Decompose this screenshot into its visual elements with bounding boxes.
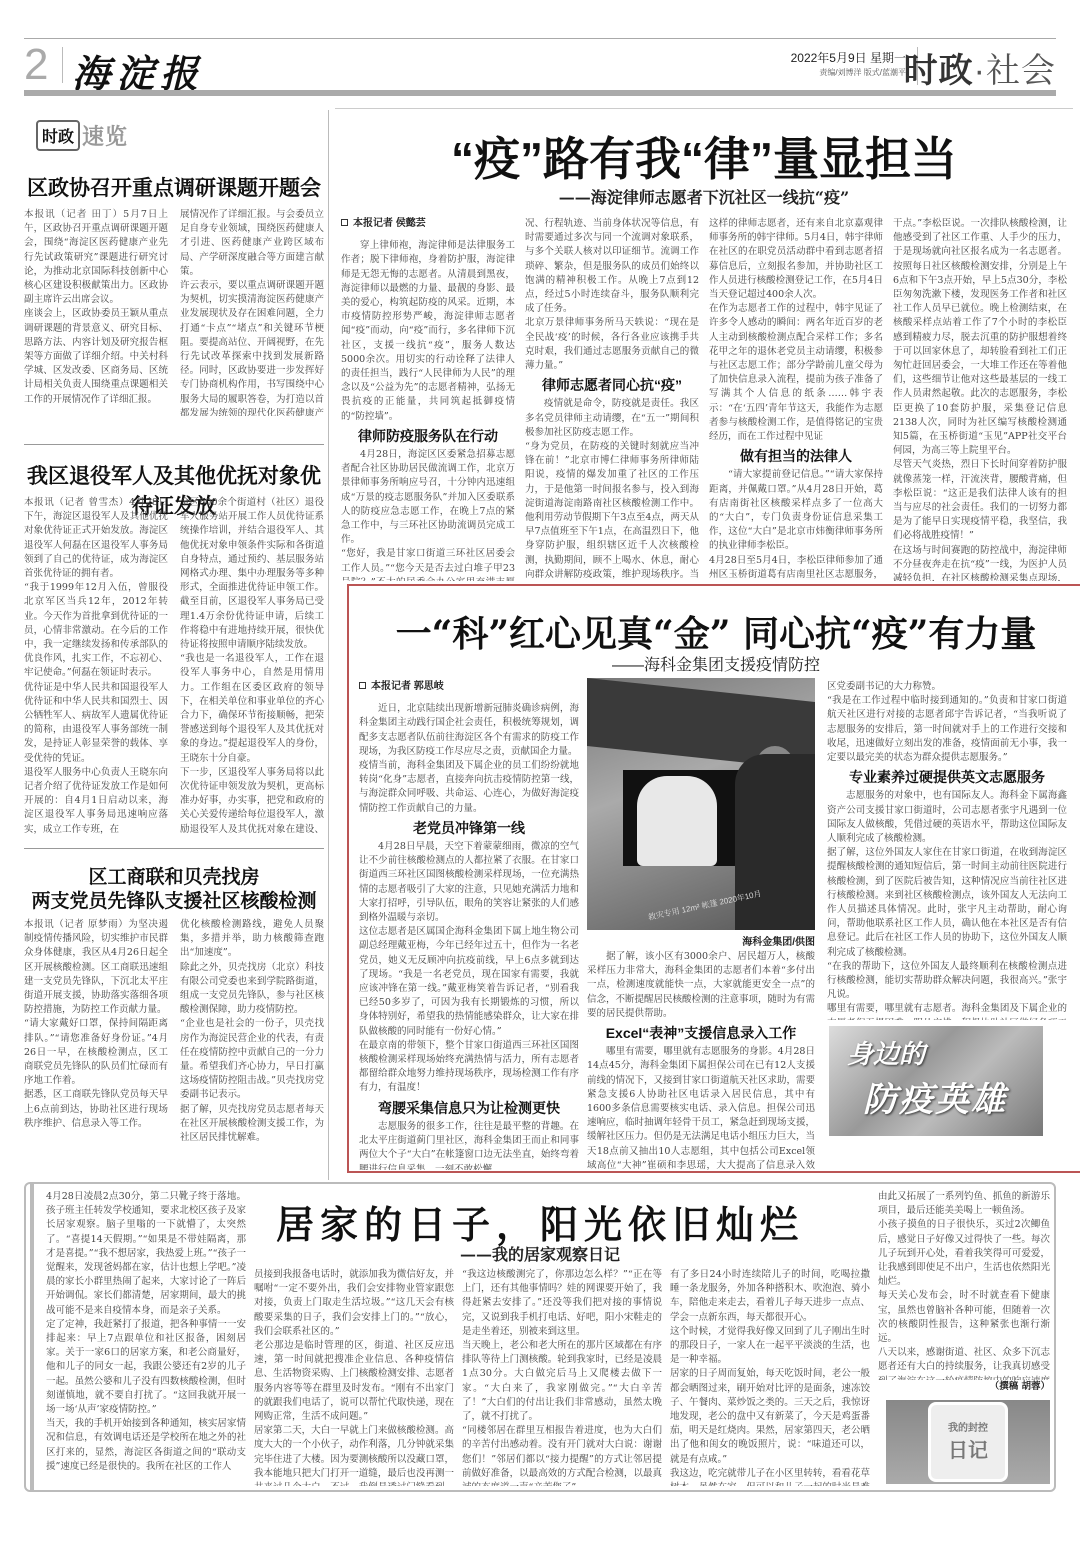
diary-author: （撰稿 胡蓉） [878, 1380, 1050, 1394]
column-label-word: 速览 [82, 120, 128, 151]
article-title-commerce-line2: 两支党员先锋队支援社区核酸检测 [24, 886, 324, 913]
section-dot: · [974, 52, 986, 90]
article-col1: 本报记者 侯懿芸 穿上律师袍，海淀律师是法律服务工作者；脱下律师袍，身着防护服，… [341, 217, 515, 581]
photo-credit: 海科金集团/供图 [587, 933, 815, 948]
paragraph: 区党委副书记的大力称赞。 “我是在工作过程中临时接到通知的。”负责和甘家口街道航… [827, 680, 1067, 765]
diary-article: 居家的日子，阳光依旧灿烂 ——我的居家观察日记 4月28日凌晨2点30分，第二只… [24, 1182, 1056, 1492]
anti-epidemic-heroes-banner: 身边的 防疫英雄 [829, 1026, 1043, 1136]
column-label-box: 时政 [36, 120, 80, 151]
article-title-cppcc: 区政协召开重点调研课题开题会 [24, 172, 324, 202]
haikejin-col2: 据了解，该小区有3000余户、居民超万人，核酸采样压力非常大，海科金集团的志愿者… [587, 950, 815, 1172]
haikejin-article-title: 一“科”红心见真“金” 同心抗“疫”有力量 [349, 606, 1080, 657]
subhead: 律师防疫服务队在行动 [341, 429, 515, 443]
editors-credit: 责编/刘博洋 版式/蓝潮平 [819, 67, 906, 78]
divider [24, 848, 324, 849]
paragraph: 据了解，该小区有3000余户、居民超万人，核酸采样压力非常大，海科金集团的志愿者… [587, 950, 815, 1021]
paragraph: 哪里有需要，哪里就有志愿服务的身影。4月28日14点45分，海科金集团下属担保公… [587, 1045, 815, 1172]
article-text-col1: 本报讯（记者 原梦雨）为坚决遏制疫情传播风险，切实维护市民群众身体健康，我区从4… [24, 918, 168, 1176]
paragraph: 疫情就是命令，防疫就是责任。我区多名党员律师主动请缨，在“五一”期间积极参加社区… [525, 397, 699, 581]
left-news-column: 时政 速览 区政协召开重点调研课题开题会 本报讯（记者 田丁）5月7日上午，区政… [24, 110, 324, 1178]
byline: 本报记者 侯懿芸 [341, 217, 515, 231]
article-title-commerce-line1: 区工商联和贝壳找房 [24, 862, 324, 889]
masthead: 2 海淀报 2022年5月9日 星期一 责编/刘博洋 版式/蓝潮平 时政·社会 [24, 38, 1056, 90]
article-body-cppcc: 本报讯（记者 田丁）5月7日上午，区政协召开重点调研课题开题会，围绕“海淀区医药… [24, 208, 324, 416]
diary-col3: “我这边核酸测完了，你那边怎么样？”“正在等上门，还有其他事情吗？娃的网课要开始… [462, 1268, 662, 1486]
subhead: 律师志愿者同心抗“疫” [525, 378, 699, 392]
paragraph: 干点。”李松臣说。一次排队核酸检测，让他感受到了社区工作重、人手少的压力，于是现… [893, 217, 1067, 581]
byline-text: 本报记者 郭思岐 [371, 681, 444, 692]
article-text-col2: 展情况作了详细汇报。与会委员立足自身专业领域，围绕医药健康人才引进、医药健康产业… [180, 208, 324, 416]
haikejin-col3: 区党委副书记的大力称赞。 “我是在工作过程中临时接到通知的。”负责和甘家口街道航… [827, 680, 1067, 1020]
paragraph: 穿上律师袍，海淀律师是法律服务工作者；脱下律师袍，身着防护服，海淀律师是无怨无悔… [341, 239, 515, 424]
diary-card-line1: 我的封控 [931, 1419, 1005, 1434]
haikejin-article: 一“科”红心见真“金” 同心抗“疫”有力量 ——海科金集团支援疫情防控 本报记者… [347, 584, 1080, 1173]
column-label: 时政 速览 [36, 120, 128, 151]
diary-card: 我的封控 日记 [928, 1402, 1008, 1482]
section-name: 时政·社会 [904, 43, 1056, 92]
subhead: 做有担当的法律人 [709, 449, 883, 463]
diary-col2: 员接到我报备电话时，就添加我为微信好友，并嘱咐“一定不要外出，我们会安排物业管家… [254, 1268, 454, 1486]
lawyers-article: “疫”路有我“律”量显担当 ——海淀律师志愿者下沉社区一线抗“疫” 本报记者 侯… [335, 108, 1073, 580]
article-body-veterans: 本报讯（记者 曾雪杰）4月28日下午，海淀区退役军人及其他优抚对象优待证正式开始… [24, 496, 324, 836]
resident-figure [735, 754, 815, 930]
divider [24, 444, 324, 445]
paragraph: 况、行程轨迹、当前身体状况等信息，有时需要通过多次与同一个流调对象联系，与多个关… [525, 217, 699, 373]
banner-line2: 防疫英雄 [863, 1072, 1007, 1121]
section-secondary: 社会 [986, 52, 1056, 90]
medical-worker-figure [637, 776, 717, 866]
subhead: 专业素养过硬提供英文志愿服务 [827, 770, 1067, 784]
column-rule [328, 110, 329, 1180]
paragraph: 近日，北京陆续出现新增新冠肺炎确诊病例，海科金集团主动践行国企社会责任，积极统筹… [359, 702, 579, 816]
diary-col1: 4月28日凌晨2点30分，第二只靴子终于落地。孩子班主任转发学校通知，要求北校区… [46, 1190, 246, 1486]
byline-square-icon [359, 682, 366, 689]
subhead: Excel“表神”支援信息录入工作 [587, 1026, 815, 1040]
section-primary: 时政 [904, 52, 974, 90]
subhead: 弯腰采集信息只为让检测更快 [359, 1101, 579, 1115]
article-text-col1: 本报讯（记者 田丁）5月7日上午，区政协召开重点调研课题开题会，围绕“海淀区医药… [24, 208, 168, 416]
paragraph: “请大家提前登记信息。”“请大家保持距离，并佩戴口罩。”从4月28日开始，葛有店… [709, 468, 883, 581]
byline: 本报记者 郭思岐 [359, 680, 579, 694]
lawyers-article-title: “疫”路有我“律”量显担当 [335, 123, 1073, 189]
haikejin-article-subtitle: ——海科金集团支援疫情防控 [349, 652, 1080, 675]
page-separator [62, 47, 63, 83]
paragraph: 这样的律师志愿者，还有来自北京嘉观律师事务所的韩宇律师。5月4日，韩宇律师在社区… [709, 217, 883, 444]
article-text-col2: 全区600余个街道村（社区）退役军人服务站开展工作人员优待证系统操作培训，并结合… [180, 496, 324, 836]
article-col2: 况、行程轨迹、当前身体状况等信息，有时需要通过多次与同一个流调对象联系，与多个关… [525, 217, 699, 581]
byline-text: 本报记者 侯懿芸 [353, 218, 426, 229]
lawyers-article-subtitle: ——海淀律师志愿者下沉社区一线抗“疫” [335, 185, 1073, 208]
article-col4: 干点。”李松臣说。一次排队核酸检测，让他感受到了社区工作重、人手少的压力，于是现… [893, 217, 1067, 581]
paragraph: 4月28日早晨，天空下着蒙蒙细雨，微凉的空气让不少前往核酸检测点的人都拉紧了衣服… [359, 840, 579, 1096]
diary-col5: 由此又拓展了一系列钓鱼、抓鱼的新游乐项目，最后还能美美喝上一顿鱼汤。 小孩子摸鱼… [878, 1190, 1050, 1380]
subhead: 老党员冲锋第一线 [359, 821, 579, 835]
article-body-commerce: 本报讯（记者 原梦雨）为坚决遏制疫情传播风险，切实维护市民群众身体健康，我区从4… [24, 918, 324, 1176]
byline-square-icon [341, 219, 348, 226]
haikejin-col1: 本报记者 郭思岐 近日，北京陆续出现新增新冠肺炎确诊病例，海科金集团主动践行国企… [359, 680, 579, 1170]
article-text-col2: 优化核酸检测路线，避免人员聚集，多措并举，助力核酸筛查跑出“加速度”。 除此之外… [180, 918, 324, 1176]
paragraph: 4月28日，海淀区区委紧急招募志愿者配合社区协助居民做流调工作，北京万景律师事务… [341, 448, 515, 581]
masthead-rule [24, 90, 1056, 96]
paragraph: 志愿服务的对象中，也有国际友人。海科金下属海鑫资产公司支援甘家口街道时，公司志愿… [827, 789, 1067, 1020]
article-col3: 这样的律师志愿者，还有来自北京嘉观律师事务所的韩宇律师。5月4日，韩宇律师在社区… [709, 217, 883, 581]
volunteer-photo: 救灾专用 12m² 帐篷 2020年10月 [587, 678, 815, 930]
diary-card-line2: 日记 [931, 1434, 1005, 1463]
issue-date: 2022年5月9日 星期一 [791, 49, 906, 66]
article-text-col1: 本报讯（记者 曾雪杰）4月28日下午，海淀区退役军人及其他优抚对象优待证正式开始… [24, 496, 168, 836]
banner-line1: 身边的 [847, 1034, 925, 1071]
page-number: 2 [24, 43, 48, 87]
paragraph: 志愿服务的很多工作，往往是最平整的背趣。在北太平庄街道蓟门里社区，海科金集团王而… [359, 1120, 579, 1170]
lawyers-article-body: 本报记者 侯懿芸 穿上律师袍，海淀律师是法律服务工作者；脱下律师袍，身着防护服，… [341, 217, 1067, 581]
diary-col4: 有了多日24小时连续陪儿子的时间，吃喝拉撒睡一条龙服务，外加各种搭积木、吹泡泡、… [670, 1268, 870, 1486]
lockdown-diary-illustration: 我的封控 日记 [886, 1400, 1050, 1484]
